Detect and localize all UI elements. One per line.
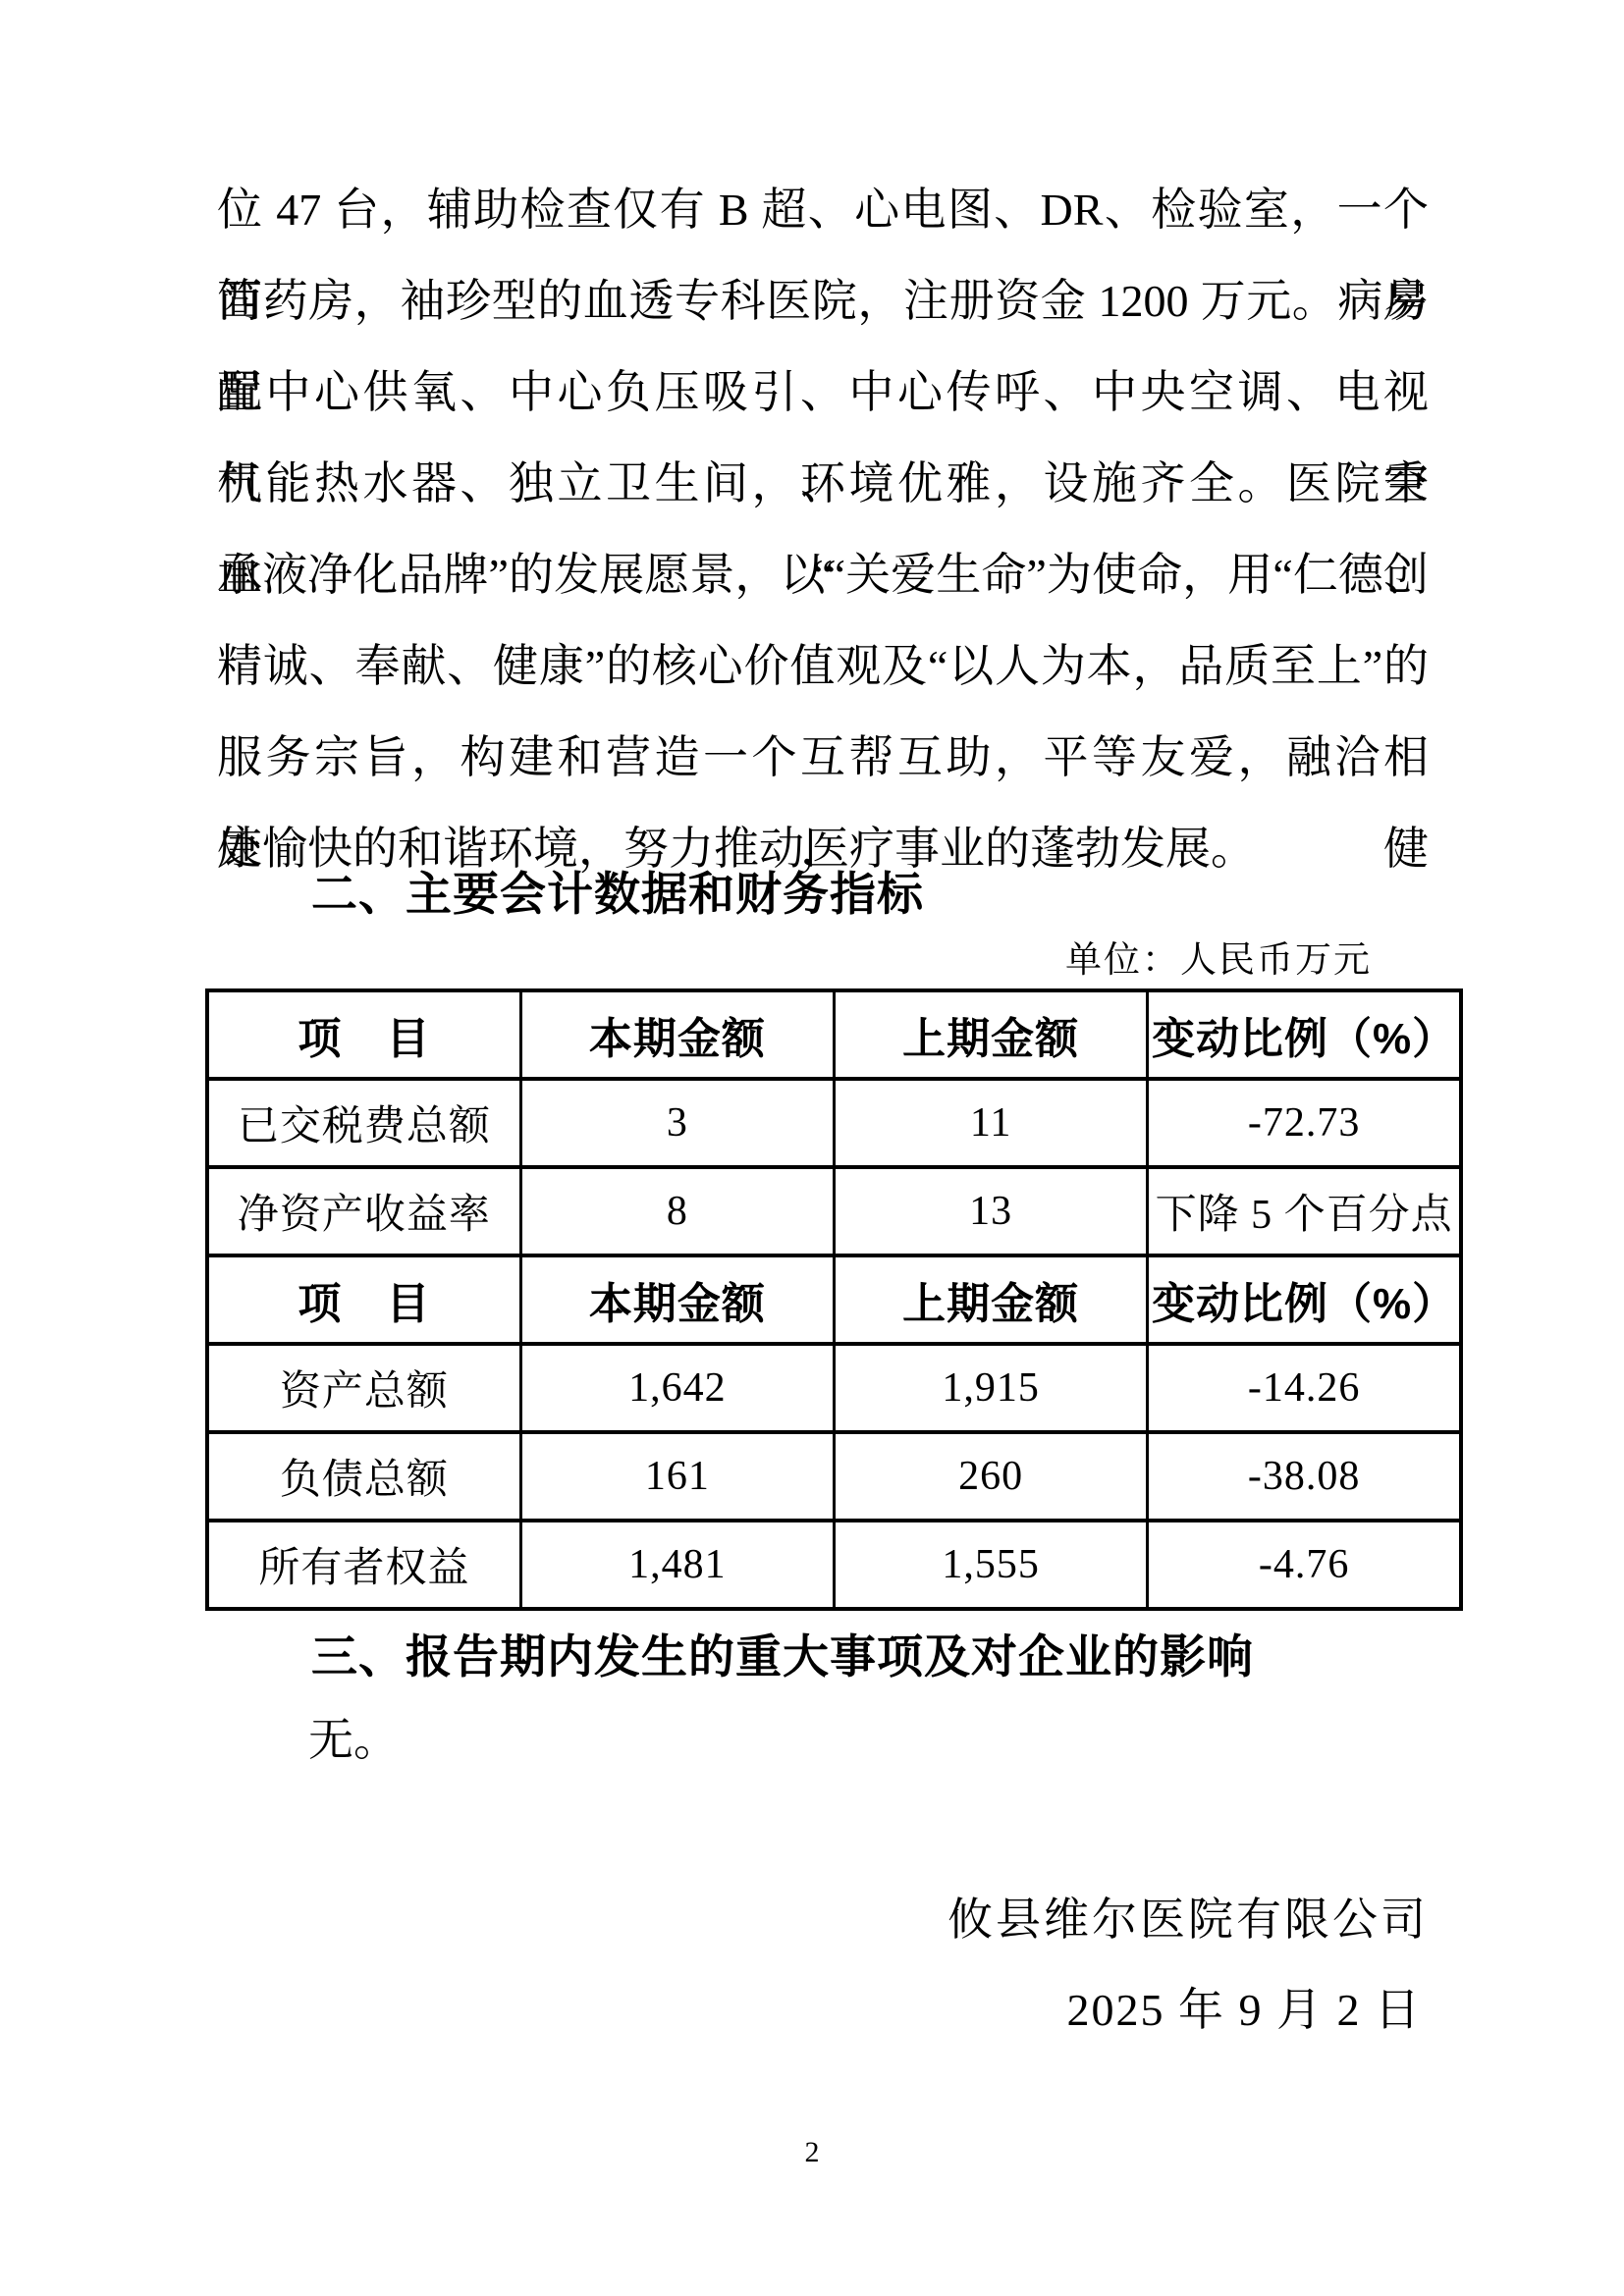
section3-content: 无。: [308, 1713, 399, 1767]
table-header-cell: 项 目: [207, 990, 520, 1079]
table-cell: 下降 5 个百分点: [1148, 1167, 1461, 1255]
table-cell: 1,555: [835, 1521, 1148, 1609]
table-cell: 所有者权益: [207, 1521, 520, 1609]
table-cell: 11: [835, 1079, 1148, 1167]
table-cell: 13: [835, 1167, 1148, 1255]
table-cell: 161: [520, 1432, 834, 1521]
body-paragraph: 位 47 台，辅助检查仅有 B 超、心电图、DR、检验室，一个简易 西药房，袖珍…: [217, 164, 1429, 894]
table-cell: -4.76: [1148, 1521, 1461, 1609]
section-heading-3: 三、报告期内发生的重大事项及对企业的影响: [311, 1629, 1254, 1684]
table-cell: 260: [835, 1432, 1148, 1521]
table-header-cell: 上期金额: [835, 990, 1148, 1079]
table-row: 资产总额 1,642 1,915 -14.26: [207, 1344, 1461, 1432]
body-line: 西药房，袖珍型的血透专科医院，注册资金 1200 万元。病房配: [217, 255, 1429, 347]
financial-table: 项 目 本期金额 上期金额 变动比例（%） 已交税费总额 3 11 -72.73…: [205, 988, 1463, 1611]
body-line: 血液净化品牌”的发展愿景，以“关爱生命”为使命，用“仁德、: [217, 529, 1429, 620]
table-cell: 负债总额: [207, 1432, 520, 1521]
table-cell: 3: [520, 1079, 834, 1167]
table-cell: 1,642: [520, 1344, 834, 1432]
table-row: 已交税费总额 3 11 -72.73: [207, 1079, 1461, 1167]
table-row: 负债总额 161 260 -38.08: [207, 1432, 1461, 1521]
table-header-cell: 项 目: [207, 1255, 520, 1344]
table-row: 净资产收益率 8 13 下降 5 个百分点: [207, 1167, 1461, 1255]
table-header-row: 项 目 本期金额 上期金额 变动比例（%）: [207, 1255, 1461, 1344]
table-header-cell: 本期金额: [520, 990, 834, 1079]
body-line: 位 47 台，辅助检查仅有 B 超、心电图、DR、检验室，一个简易: [217, 164, 1429, 255]
table-header-cell: 变动比例（%）: [1148, 1255, 1461, 1344]
table-cell: -38.08: [1148, 1432, 1461, 1521]
table-cell: 1,481: [520, 1521, 834, 1609]
table-cell: -14.26: [1148, 1344, 1461, 1432]
table-cell: 净资产收益率: [207, 1167, 520, 1255]
body-line: 精诚、奉献、健康”的核心价值观及“以人为本，品质至上”的: [217, 620, 1429, 712]
table-cell: 资产总额: [207, 1344, 520, 1432]
body-line: 气能热水器、独立卫生间，环境优雅，设施齐全。医院秉承“创: [217, 438, 1429, 529]
table-cell: 8: [520, 1167, 834, 1255]
body-line: 服务宗旨，构建和营造一个互帮互助，平等友爱，融洽相处，健: [217, 712, 1429, 803]
table-header-cell: 上期金额: [835, 1255, 1148, 1344]
document-page: 位 47 台，辅助检查仅有 B 超、心电图、DR、检验室，一个简易 西药房，袖珍…: [0, 0, 1624, 2296]
table-header-row: 项 目 本期金额 上期金额 变动比例（%）: [207, 990, 1461, 1079]
page-number: 2: [0, 2136, 1624, 2169]
table-row: 所有者权益 1,481 1,555 -4.76: [207, 1521, 1461, 1609]
report-date: 2025 年 9 月 2 日: [1067, 1983, 1423, 2037]
unit-note: 单位：人民币万元: [1065, 939, 1372, 983]
table-header-cell: 变动比例（%）: [1148, 990, 1461, 1079]
table-header-cell: 本期金额: [520, 1255, 834, 1344]
table-cell: 已交税费总额: [207, 1079, 520, 1167]
table-cell: -72.73: [1148, 1079, 1461, 1167]
company-signature: 攸县维尔医院有限公司: [947, 1893, 1429, 1947]
table-cell: 1,915: [835, 1344, 1148, 1432]
section-heading-2: 二、主要会计数据和财务指标: [311, 867, 924, 922]
body-line: 置中心供氧、中心负压吸引、中心传呼、中央空调、电视机、空: [217, 347, 1429, 438]
